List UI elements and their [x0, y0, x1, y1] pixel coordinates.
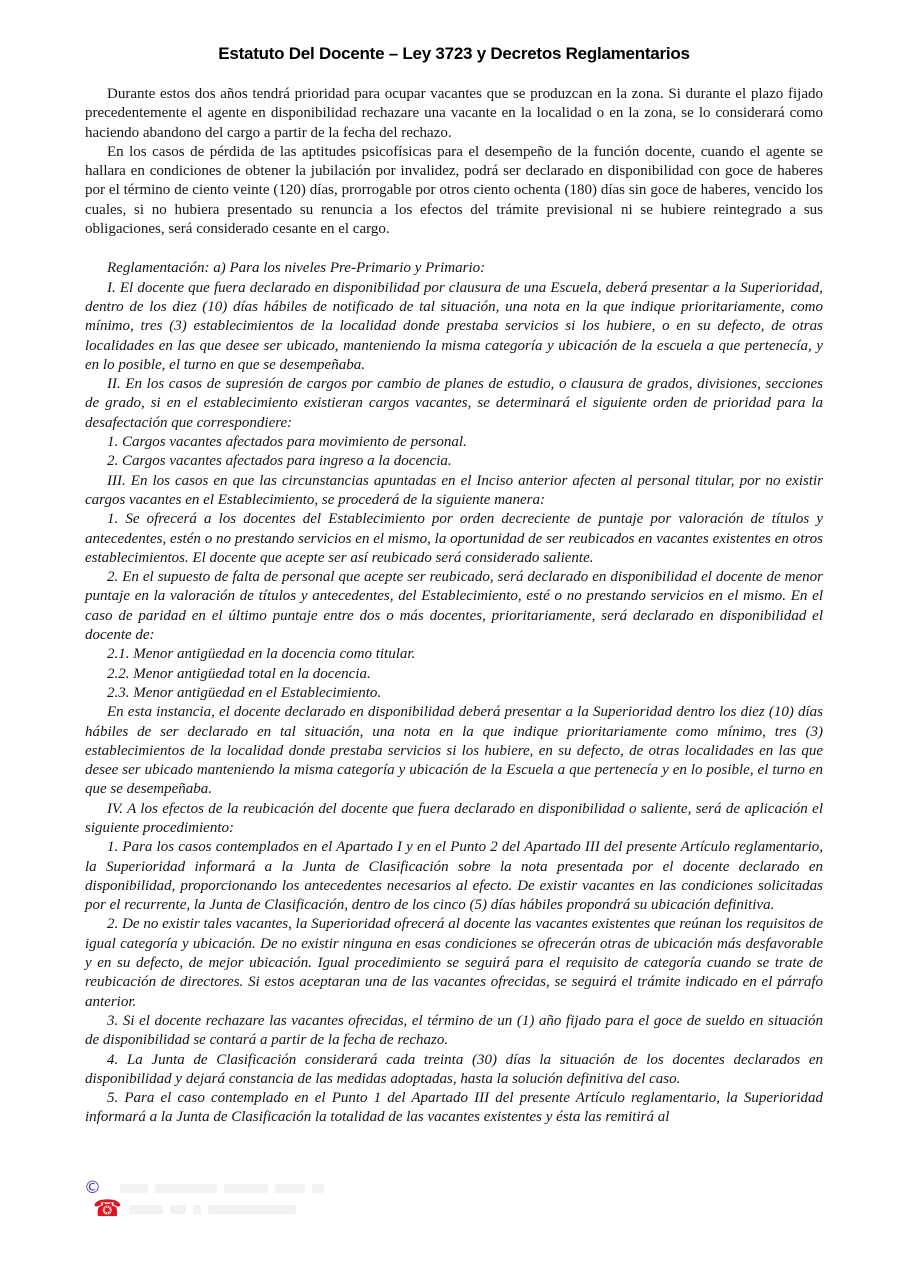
page-title: Estatuto Del Docente – Ley 3723 y Decret…	[85, 44, 823, 64]
paragraph: 1. Se ofrecerá a los docentes del Establ…	[85, 510, 823, 568]
paragraph: 3. Si el docente rechazare las vacantes …	[85, 1012, 823, 1051]
paragraph: 2. Cargos vacantes afectados para ingres…	[85, 452, 823, 471]
document-page: Estatuto Del Docente – Ley 3723 y Decret…	[85, 44, 823, 1128]
paragraph: 5. Para el caso contemplado en el Punto …	[85, 1089, 823, 1128]
faint-watermark-line-2	[129, 1205, 303, 1214]
paragraph: II. En los casos de supresión de cargos …	[85, 375, 823, 433]
paragraph: Durante estos dos años tendrá prioridad …	[85, 85, 823, 143]
faint-text	[312, 1184, 324, 1193]
faint-text	[120, 1184, 148, 1193]
copyright-icon: ©	[84, 1180, 108, 1197]
paragraph: Reglamentación: a) Para los niveles Pre-…	[85, 259, 823, 278]
paragraph: III. En los casos en que las circunstanc…	[85, 472, 823, 511]
paragraph: 1. Para los casos contemplados en el Apa…	[85, 838, 823, 915]
paragraph: En esta instancia, el docente declarado …	[85, 703, 823, 799]
paragraph: 2. En el supuesto de falta de personal q…	[85, 568, 823, 645]
paragraph: 2. De no existir tales vacantes, la Supe…	[85, 915, 823, 1011]
faint-text	[170, 1205, 186, 1214]
paragraph: 4. La Junta de Clasificación considerará…	[85, 1051, 823, 1090]
footer: © ☎	[84, 1178, 331, 1220]
faint-text	[208, 1205, 296, 1214]
paragraph: I. El docente que fuera declarado en dis…	[85, 279, 823, 375]
faint-text	[155, 1184, 217, 1193]
faint-text	[193, 1205, 201, 1214]
paragraph: 2.2. Menor antigüedad total en la docenc…	[85, 665, 823, 684]
paragraph: En los casos de pérdida de las aptitudes…	[85, 143, 823, 239]
document-body: Durante estos dos años tendrá prioridad …	[85, 85, 823, 1128]
paragraph: 1. Cargos vacantes afectados para movimi…	[85, 433, 823, 452]
phone-icon: ☎	[84, 1198, 117, 1221]
paragraph: IV. A los efectos de la reubicación del …	[85, 800, 823, 839]
faint-watermark-line-1	[120, 1184, 331, 1193]
paragraph: 2.3. Menor antigüedad en el Establecimie…	[85, 684, 823, 703]
faint-text	[129, 1205, 163, 1214]
paragraph: 2.1. Menor antigüedad en la docencia com…	[85, 645, 823, 664]
faint-text	[224, 1184, 268, 1193]
faint-text	[275, 1184, 305, 1193]
footer-phone-row: ☎	[84, 1199, 331, 1220]
